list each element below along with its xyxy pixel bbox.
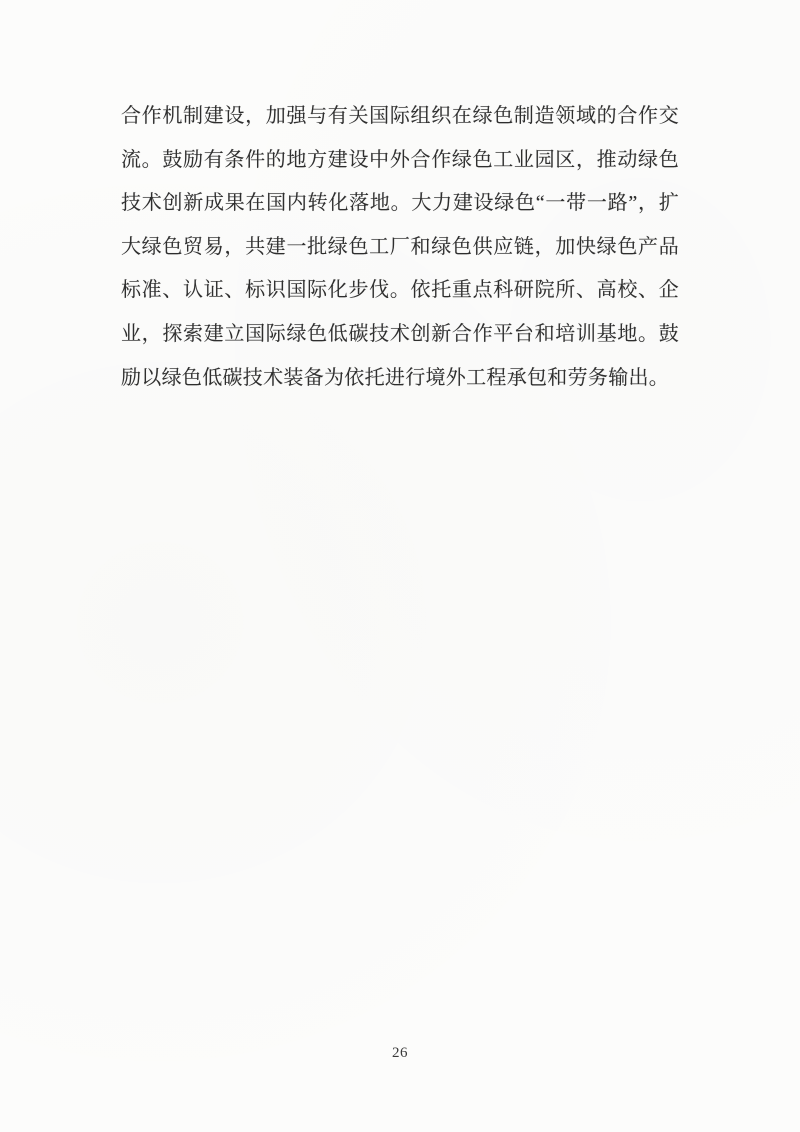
text-line: 合作机制建设，加强与有关国际组织在绿色制造领域的合作交: [121, 95, 679, 139]
page-number: 26: [392, 1045, 408, 1061]
page-footer: 26: [0, 1044, 800, 1062]
text-line: 励以绿色低碳技术装备为依托进行境外工程承包和劳务输出。: [121, 357, 679, 401]
text-line: 大绿色贸易，共建一批绿色工厂和绿色供应链，加快绿色产品: [121, 226, 679, 270]
paragraph-block: 合作机制建设，加强与有关国际组织在绿色制造领域的合作交 流。鼓励有条件的地方建设…: [121, 95, 679, 400]
document-page: 合作机制建设，加强与有关国际组织在绿色制造领域的合作交 流。鼓励有条件的地方建设…: [0, 0, 800, 1132]
text-line: 流。鼓励有条件的地方建设中外合作绿色工业园区，推动绿色: [121, 139, 679, 183]
text-line: 业，探索建立国际绿色低碳技术创新合作平台和培训基地。鼓: [121, 313, 679, 357]
text-line: 技术创新成果在国内转化落地。大力建设绿色“一带一路”，扩: [121, 182, 679, 226]
text-line: 标准、认证、标识国际化步伐。依托重点科研院所、高校、企: [121, 269, 679, 313]
